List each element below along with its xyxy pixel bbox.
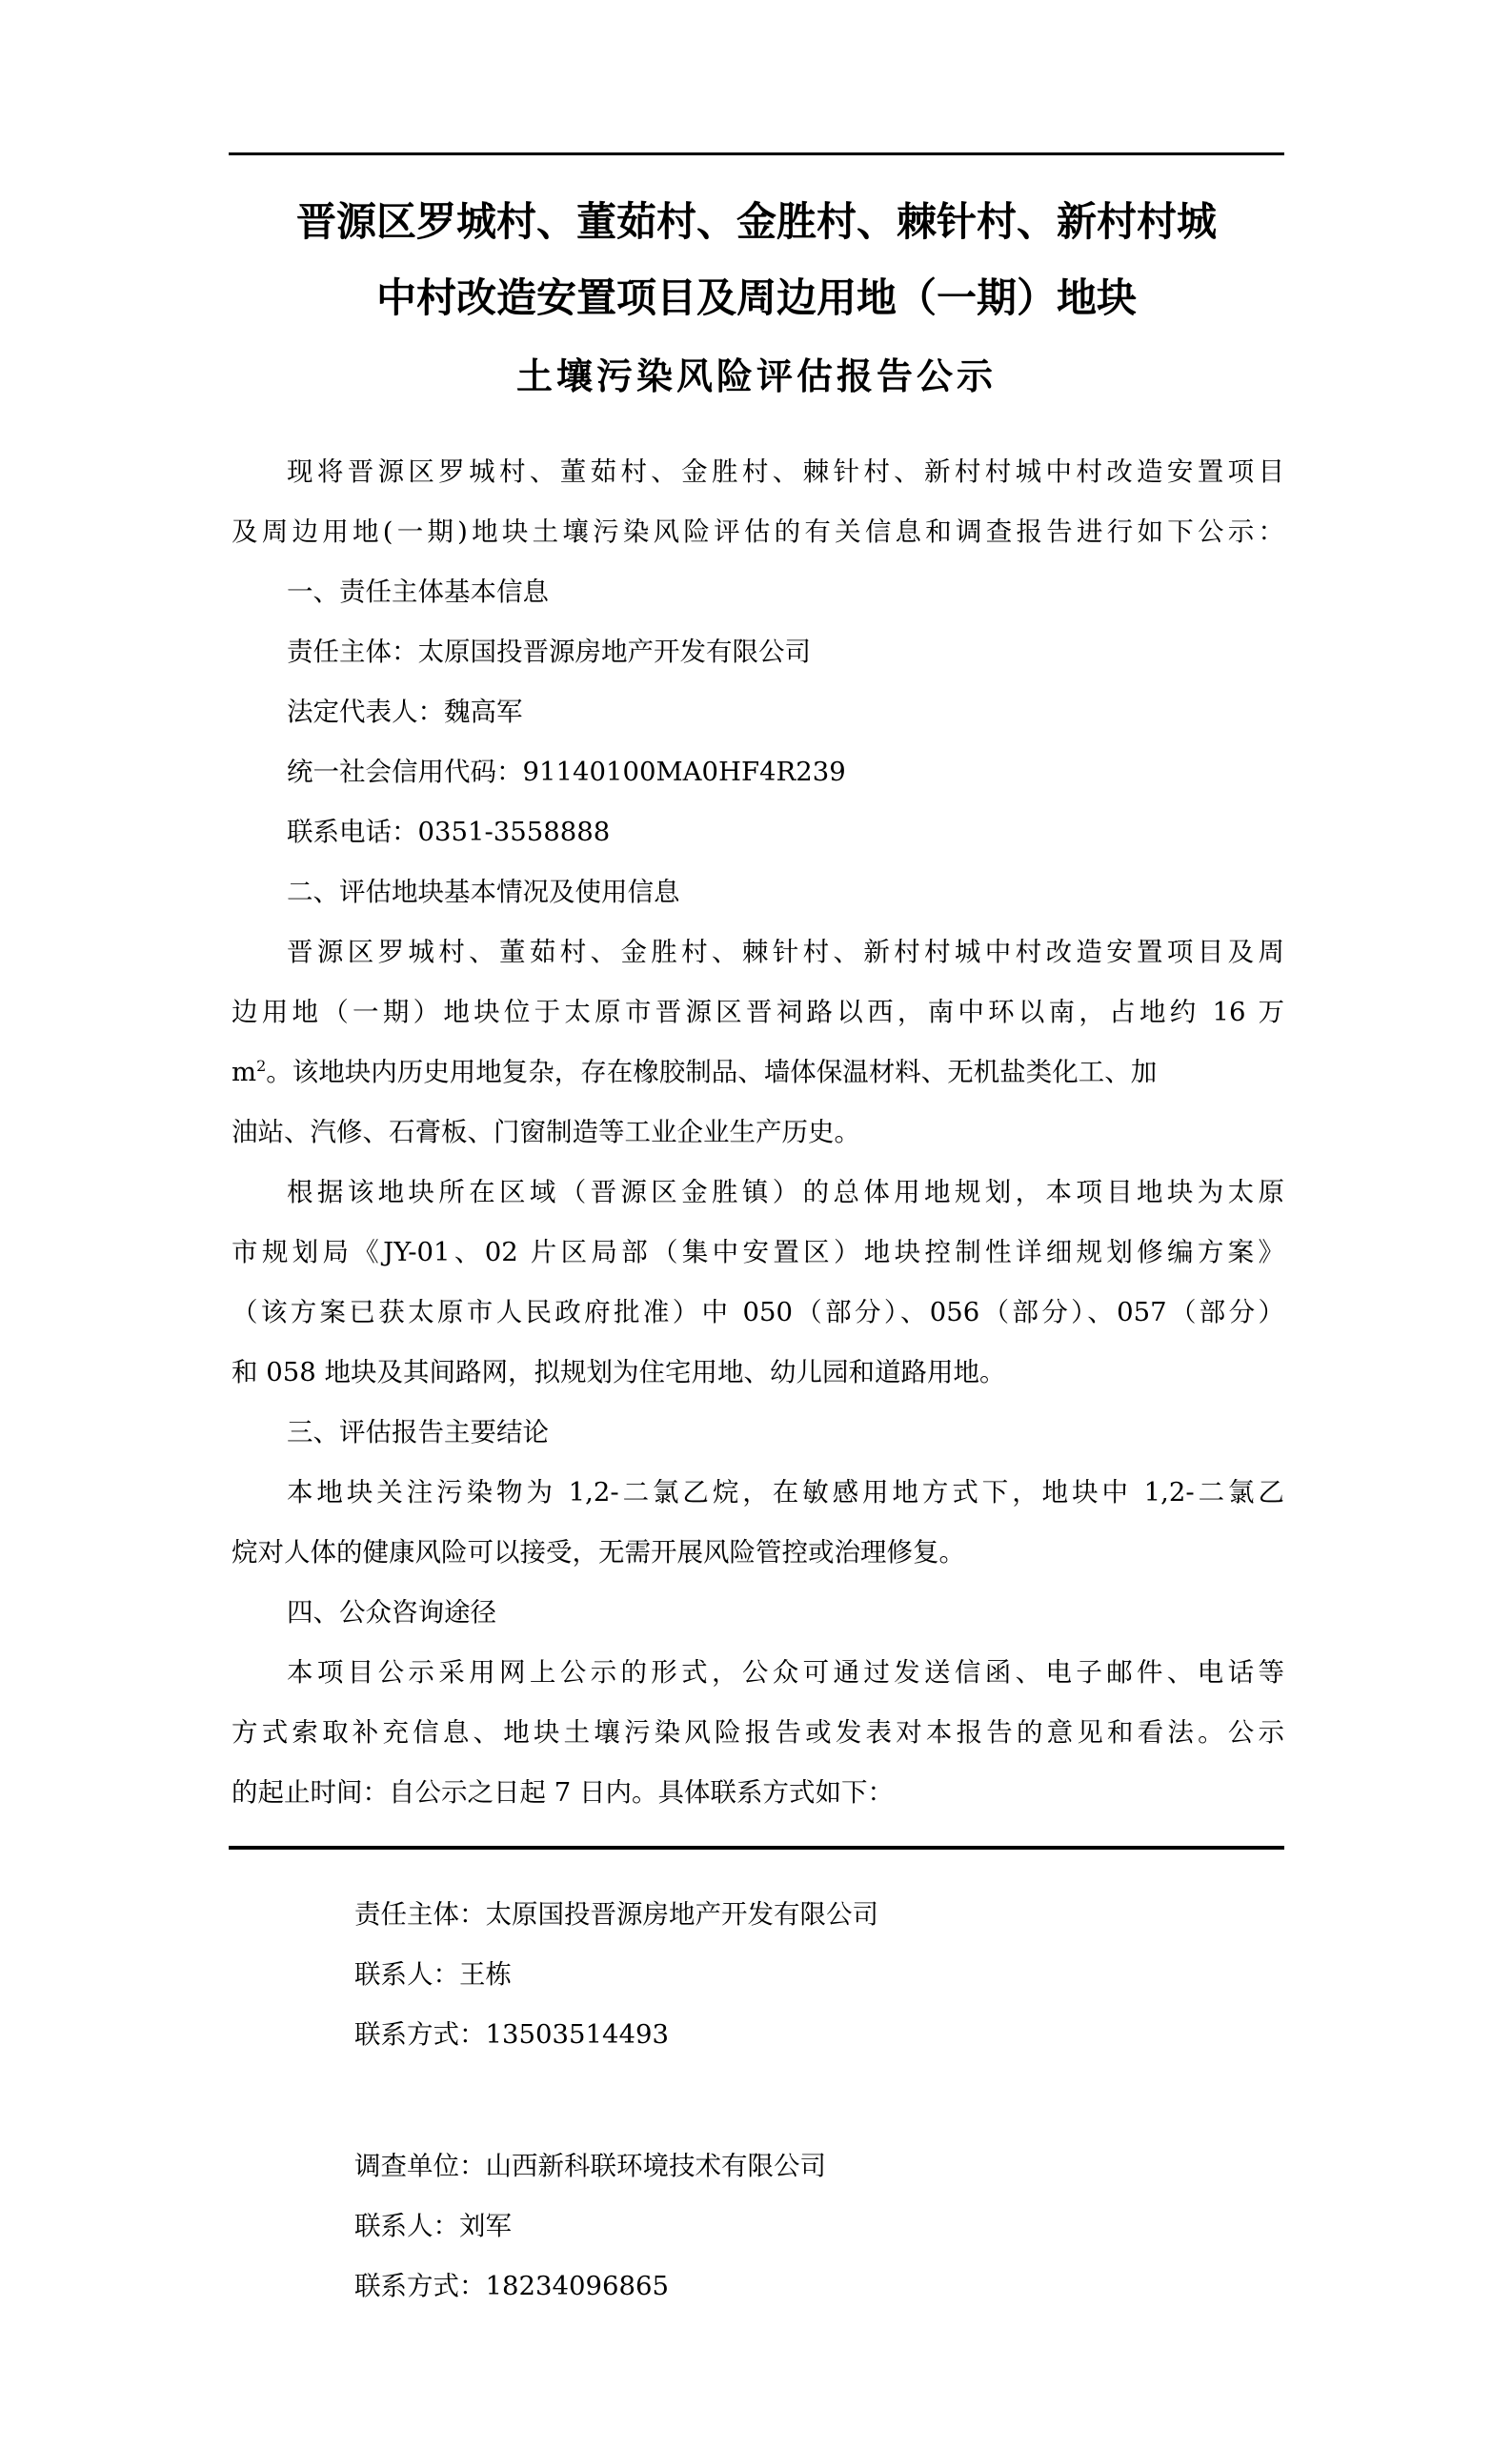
contact-phone: 联系电话：0351-3558888 [287,817,1284,847]
investigator-contact-person: 联系人：刘军 [354,2211,1407,2241]
area-unit: m [232,1057,256,1087]
title-line-1: 晋源区罗城村、董茹村、金胜村、棘针村、新村村城 [229,202,1284,242]
planning-para-line-4: 和 058 地块及其间路网，拟规划为住宅用地、幼儿园和道路用地。 [232,1357,1284,1387]
area-unit-exponent: 2 [256,1057,266,1075]
conclusion-line-2: 烷对人体的健康风险可以接受，无需开展风险管控或治理修复。 [232,1537,1284,1568]
intro-line-2: 及周边用地(一期)地块土壤污染风险评估的有关信息和调查报告进行如下公示： [232,516,1284,547]
consultation-line-3: 的起止时间：自公示之日起 7 日内。具体联系方式如下： [232,1777,1284,1808]
conclusion-line-1: 本地块关注污染物为 1,2-二氯乙烷，在敏感用地方式下，地块中 1,2-二氯乙 [287,1477,1284,1508]
site-para-line-1: 晋源区罗城村、董茹村、金胜村、棘针村、新村村城中村改造安置项目及周 [287,937,1284,967]
credit-code: 统一社会信用代码：91140100MA0HF4R239 [287,757,1284,787]
investigator-contact-phone: 联系方式：18234096865 [354,2271,1407,2301]
site-para-line-3: m2。该地块内历史用地复杂，存在橡胶制品、墙体保温材料、无机盐类化工、加 [232,1057,1284,1087]
site-para-line-4: 油站、汽修、石膏板、门窗制造等工业企业生产历史。 [232,1117,1284,1147]
consultation-line-2: 方式索取补充信息、地块土壤污染风险报告或发表对本报告的意见和看法。公示 [232,1717,1284,1748]
top-rule [229,152,1284,155]
responsible-entity: 责任主体：太原国投晋源房地产开发有限公司 [287,637,1284,667]
section-2-heading: 二、评估地块基本情况及使用信息 [287,877,1284,907]
title-line-3: 土壤污染风险评估报告公示 [229,356,1284,396]
consultation-line-1: 本项目公示采用网上公示的形式，公众可通过发送信函、电子邮件、电话等 [287,1657,1284,1688]
investigator-name: 调查单位：山西新科联环境技术有限公司 [354,2151,1407,2181]
planning-para-line-3: （该方案已获太原市人民政府批准）中 050（部分）、056（部分）、057（部分… [232,1297,1284,1327]
entity-contact-person: 联系人：王栋 [354,1959,1407,1990]
section-3-heading: 三、评估报告主要结论 [287,1417,1284,1447]
legal-representative: 法定代表人：魏高军 [287,697,1284,727]
entity-contact-phone: 联系方式：13503514493 [354,2019,1407,2050]
title-line-2: 中村改造安置项目及周边用地（一期）地块 [229,278,1284,318]
section-4-heading: 四、公众咨询途径 [287,1597,1284,1628]
site-para-line-2: 边用地（一期）地块位于太原市晋源区晋祠路以西，南中环以南，占地约 16 万 [232,997,1284,1027]
planning-para-line-1: 根据该地块所在区域（晋源区金胜镇）的总体用地规划，本项目地块为太原 [287,1177,1284,1207]
site-history-text: 。该地块内历史用地复杂，存在橡胶制品、墙体保温材料、无机盐类化工、加 [266,1057,1157,1087]
section-1-heading: 一、责任主体基本信息 [287,577,1284,607]
intro-line-1: 现将晋源区罗城村、董茹村、金胜村、棘针村、新村村城中村改造安置项目 [287,456,1284,487]
bottom-rule [229,1846,1284,1850]
planning-para-line-2: 市规划局《JY-01、02 片区局部（集中安置区）地块控制性详细规划修编方案》 [232,1237,1284,1267]
entity-name: 责任主体：太原国投晋源房地产开发有限公司 [354,1899,1407,1930]
